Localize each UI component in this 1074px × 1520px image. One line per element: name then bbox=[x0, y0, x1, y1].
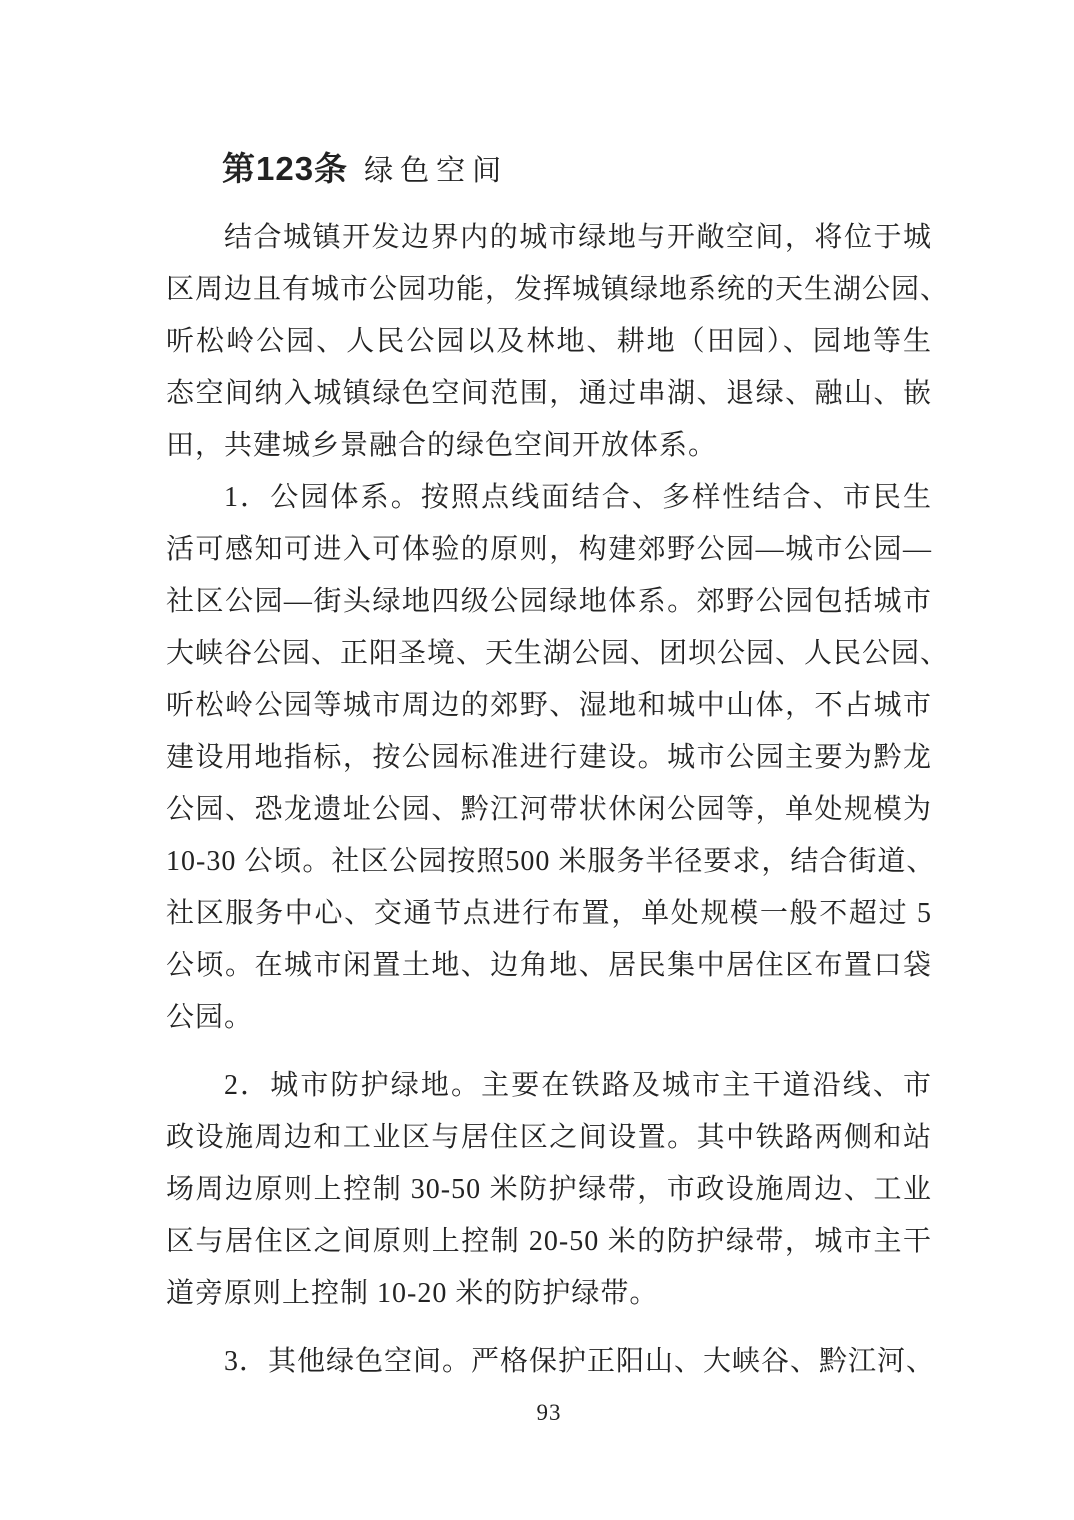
page-number: 93 bbox=[166, 1398, 932, 1428]
text-line: 区周边且有城市公园功能，发挥城镇绿地系统的天生湖公园、 bbox=[166, 264, 932, 316]
text-line: 社区服务中心、交通节点进行布置，单处规模一般不超过 5 bbox=[166, 888, 932, 940]
document-page: 第123条绿色空间 结合城镇开发边界内的城市绿地与开敞空间，将位于城 区周边且有… bbox=[0, 0, 1074, 1520]
text-line: 3．其他绿色空间。严格保护正阳山、大峡谷、黔江河、 bbox=[166, 1336, 932, 1388]
text-line: 田，共建城乡景融合的绿色空间开放体系。 bbox=[166, 420, 932, 472]
article-heading: 第123条绿色空间 bbox=[222, 146, 932, 192]
text-line: 公园、恐龙遗址公园、黔江河带状休闲公园等，单处规模为 bbox=[166, 784, 932, 836]
text-line: 大峡谷公园、正阳圣境、天生湖公园、团坝公园、人民公园、 bbox=[166, 628, 932, 680]
paragraph-item-3: 3．其他绿色空间。严格保护正阳山、大峡谷、黔江河、 bbox=[166, 1336, 932, 1388]
text-line: 1．公园体系。按照点线面结合、多样性结合、市民生 bbox=[166, 472, 932, 524]
text-line: 2．城市防护绿地。主要在铁路及城市主干道沿线、市 bbox=[166, 1060, 932, 1112]
text-line: 政设施周边和工业区与居住区之间设置。其中铁路两侧和站 bbox=[166, 1112, 932, 1164]
text-line: 公园。 bbox=[166, 992, 932, 1044]
paragraph-item-1: 1．公园体系。按照点线面结合、多样性结合、市民生 活可感知可进入可体验的原则，构… bbox=[166, 472, 932, 1044]
text-line: 态空间纳入城镇绿色空间范围，通过串湖、退绿、融山、嵌 bbox=[166, 368, 932, 420]
text-line: 社区公园—街头绿地四级公园绿地体系。郊野公园包括城市 bbox=[166, 576, 932, 628]
text-line: 道旁原则上控制 10-20 米的防护绿带。 bbox=[166, 1268, 932, 1320]
text-line: 活可感知可进入可体验的原则，构建郊野公园—城市公园— bbox=[166, 524, 932, 576]
text-line: 结合城镇开发边界内的城市绿地与开敞空间，将位于城 bbox=[166, 212, 932, 264]
article-number: 第123条 bbox=[222, 150, 348, 187]
article-title: 绿色空间 bbox=[364, 155, 508, 187]
text-line: 场周边原则上控制 30-50 米防护绿带，市政设施周边、工业 bbox=[166, 1164, 932, 1216]
text-line: 听松岭公园、人民公园以及林地、耕地（田园）、园地等生 bbox=[166, 316, 932, 368]
text-line: 区与居住区之间原则上控制 20-50 米的防护绿带，城市主干 bbox=[166, 1216, 932, 1268]
text-line: 听松岭公园等城市周边的郊野、湿地和城中山体，不占城市 bbox=[166, 680, 932, 732]
paragraph-intro: 结合城镇开发边界内的城市绿地与开敞空间，将位于城 区周边且有城市公园功能，发挥城… bbox=[166, 212, 932, 472]
text-line: 公顷。在城市闲置土地、边角地、居民集中居住区布置口袋 bbox=[166, 940, 932, 992]
text-line: 10-30 公顷。社区公园按照500 米服务半径要求，结合街道、 bbox=[166, 836, 932, 888]
text-line: 建设用地指标，按公园标准进行建设。城市公园主要为黔龙 bbox=[166, 732, 932, 784]
paragraph-item-2: 2．城市防护绿地。主要在铁路及城市主干道沿线、市 政设施周边和工业区与居住区之间… bbox=[166, 1060, 932, 1320]
